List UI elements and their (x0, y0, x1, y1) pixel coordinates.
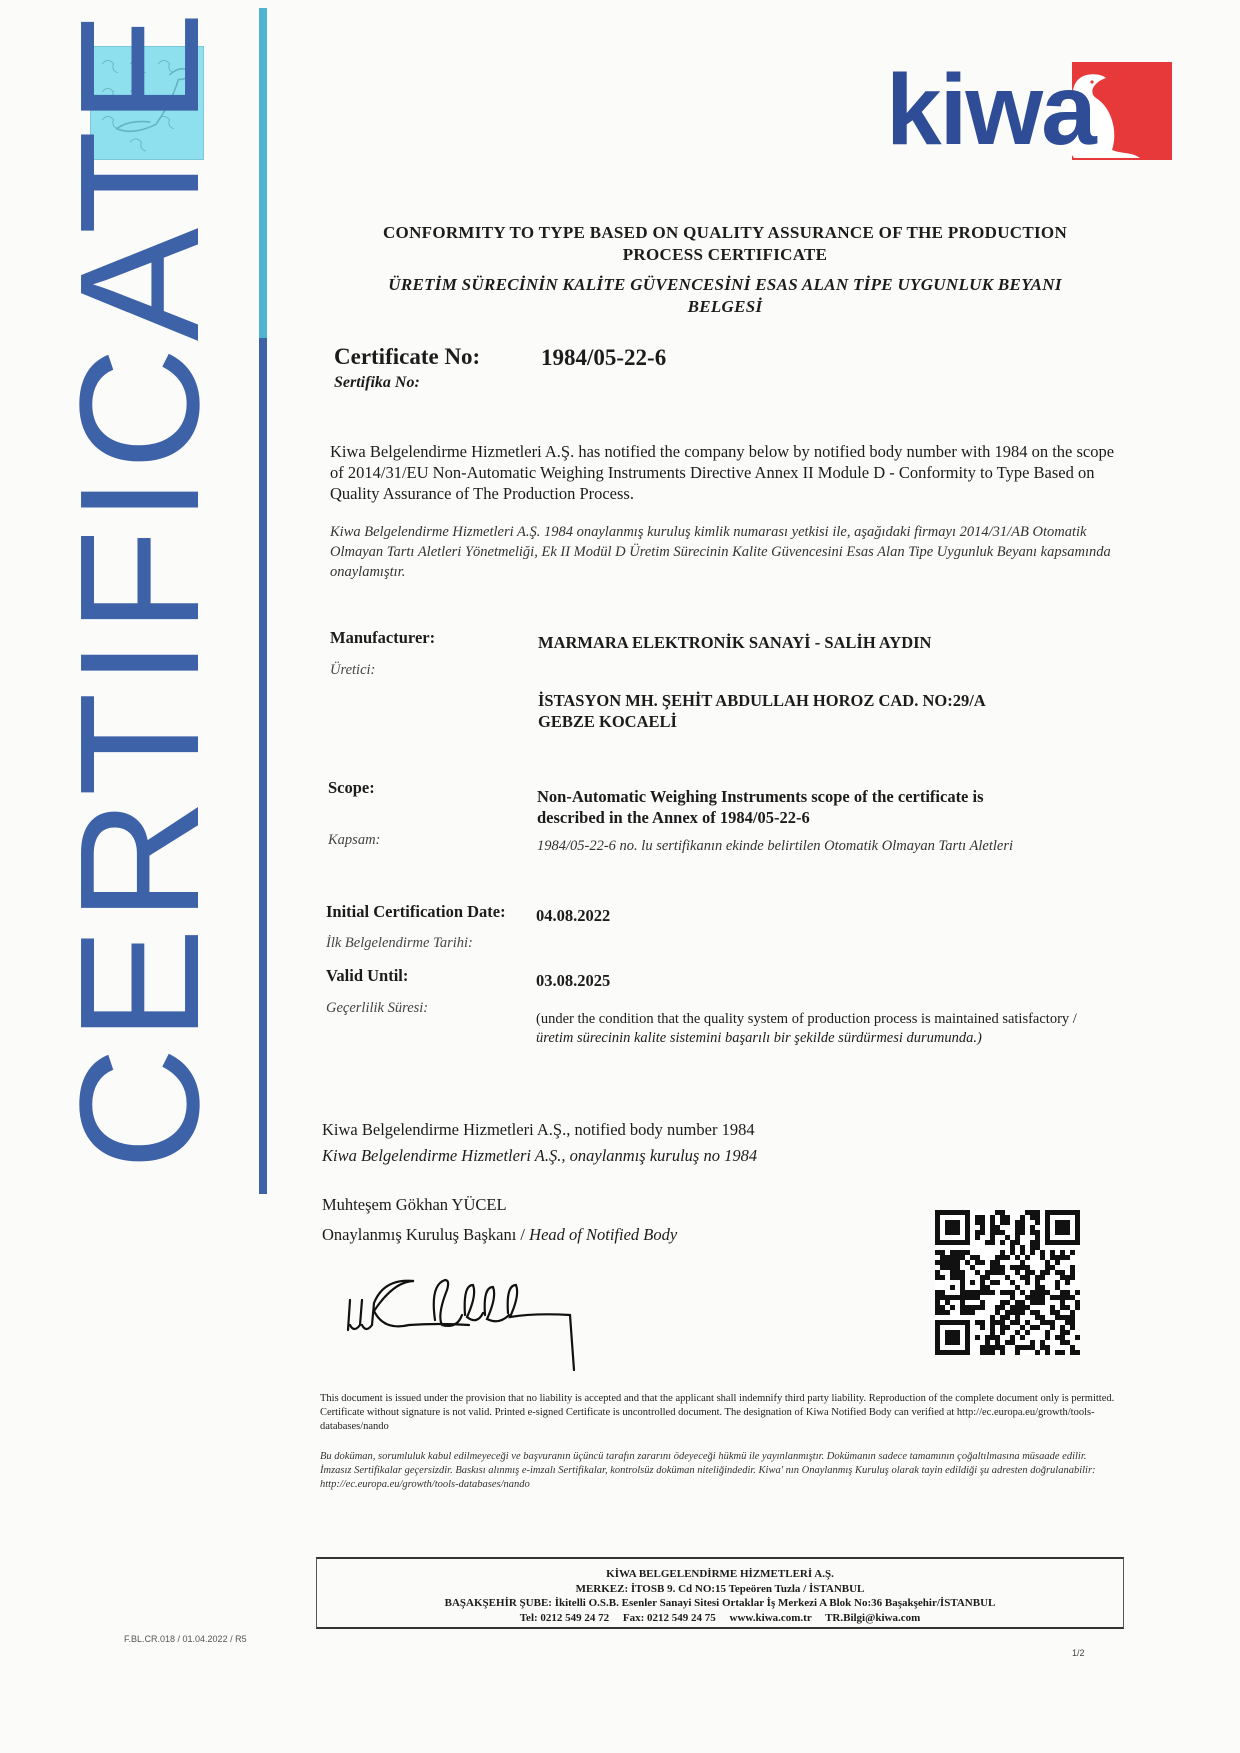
signatory-title: Onaylanmış Kuruluş Başkanı / Head of Not… (322, 1225, 677, 1245)
footer-branch: BAŞAKŞEHİR ŞUBE: İkitelli O.S.B. Esenler… (317, 1596, 1123, 1611)
intro-tr: Kiwa Belgelendirme Hizmetleri A.Ş. 1984 … (330, 522, 1130, 582)
initial-date-label: Initial Certification Date: (326, 902, 506, 922)
manufacturer-label-tr: Üretici: (330, 662, 375, 679)
title-tr-line1: ÜRETİM SÜRECİNİN KALİTE GÜVENCESİNİ ESAS… (330, 274, 1120, 296)
scope-label: Scope: (328, 778, 375, 798)
valid-until-label-tr: Geçerlilik Süresi: (326, 1000, 428, 1017)
scope-label-tr: Kapsam: (328, 832, 380, 849)
signature-icon (340, 1275, 610, 1375)
form-code: F.BL.CR.018 / 01.04.2022 / R5 (124, 1634, 247, 1644)
scope-en-line2: described in the Annex of 1984/05-22-6 (537, 807, 810, 828)
kiwa-logo: kiwa (886, 62, 1172, 162)
scope-tr: 1984/05-22-6 no. lu sertifikanın ekinde … (537, 838, 1013, 855)
initial-date-value: 04.08.2022 (536, 905, 610, 926)
valid-until-label: Valid Until: (326, 966, 408, 986)
initial-date-label-tr: İlk Belgelendirme Tarihi: (326, 935, 473, 952)
signatory-title-tr: Onaylanmış Kuruluş Başkanı / (322, 1225, 529, 1244)
side-band-blue (259, 338, 267, 1194)
footer-address-box: KİWA BELGELENDİRME HİZMETLERİ A.Ş. MERKE… (316, 1557, 1124, 1629)
title-en-line1: CONFORMITY TO TYPE BASED ON QUALITY ASSU… (330, 222, 1120, 244)
disclaimer-tr: Bu doküman, sorumluluk kabul edilmeyeceğ… (320, 1450, 1120, 1492)
validity-condition-tr: üretim sürecinin kalite sistemini başarı… (536, 1030, 982, 1046)
manufacturer-label: Manufacturer: (330, 628, 435, 648)
certificate-no-label-tr: Sertifika No: (334, 374, 420, 392)
manufacturer-address-line1: İSTASYON MH. ŞEHİT ABDULLAH HOROZ CAD. N… (538, 690, 986, 711)
scope-en-line1: Non-Automatic Weighing Instruments scope… (537, 786, 984, 807)
certificate-no-label: Certificate No: (334, 344, 480, 370)
intro-en: Kiwa Belgelendirme Hizmetleri A.Ş. has n… (330, 441, 1130, 504)
manufacturer-address-line2: GEBZE KOCAELİ (538, 711, 677, 732)
footer-contact: Tel: 0212 549 24 72 Fax: 0212 549 24 75 … (317, 1611, 1123, 1626)
title-en-line2: PROCESS CERTIFICATE (330, 244, 1120, 266)
validity-condition-en: (under the condition that the quality sy… (536, 1011, 1077, 1027)
manufacturer-name: MARMARA ELEKTRONİK SANAYİ - SALİH AYDIN (538, 632, 931, 653)
valid-until-value: 03.08.2025 (536, 970, 610, 991)
page-number: 1/2 (1072, 1648, 1085, 1658)
certificate-number: 1984/05-22-6 (541, 345, 666, 371)
signatory-name: Muhteşem Gökhan YÜCEL (322, 1195, 507, 1215)
title-tr-line2: BELGESİ (330, 296, 1120, 318)
notified-body-tr: Kiwa Belgelendirme Hizmetleri A.Ş., onay… (322, 1146, 757, 1166)
validity-condition: (under the condition that the quality sy… (536, 1010, 1096, 1048)
footer-hq: MERKEZ: İTOSB 9. Cd NO:15 Tepeören Tuzla… (317, 1582, 1123, 1597)
footer-company: KİWA BELGELENDİRME HİZMETLERİ A.Ş. (317, 1567, 1123, 1582)
side-band-cyan (259, 8, 267, 338)
logo-wordmark: kiwa (886, 50, 1095, 170)
disclaimer-en: This document is issued under the provis… (320, 1392, 1120, 1434)
certificate-side-word: CERTIFICATE (60, 230, 220, 1170)
qr-code-icon (935, 1210, 1080, 1355)
notified-body-en: Kiwa Belgelendirme Hizmetleri A.Ş., noti… (322, 1120, 755, 1140)
signatory-title-en: Head of Notified Body (529, 1225, 677, 1244)
